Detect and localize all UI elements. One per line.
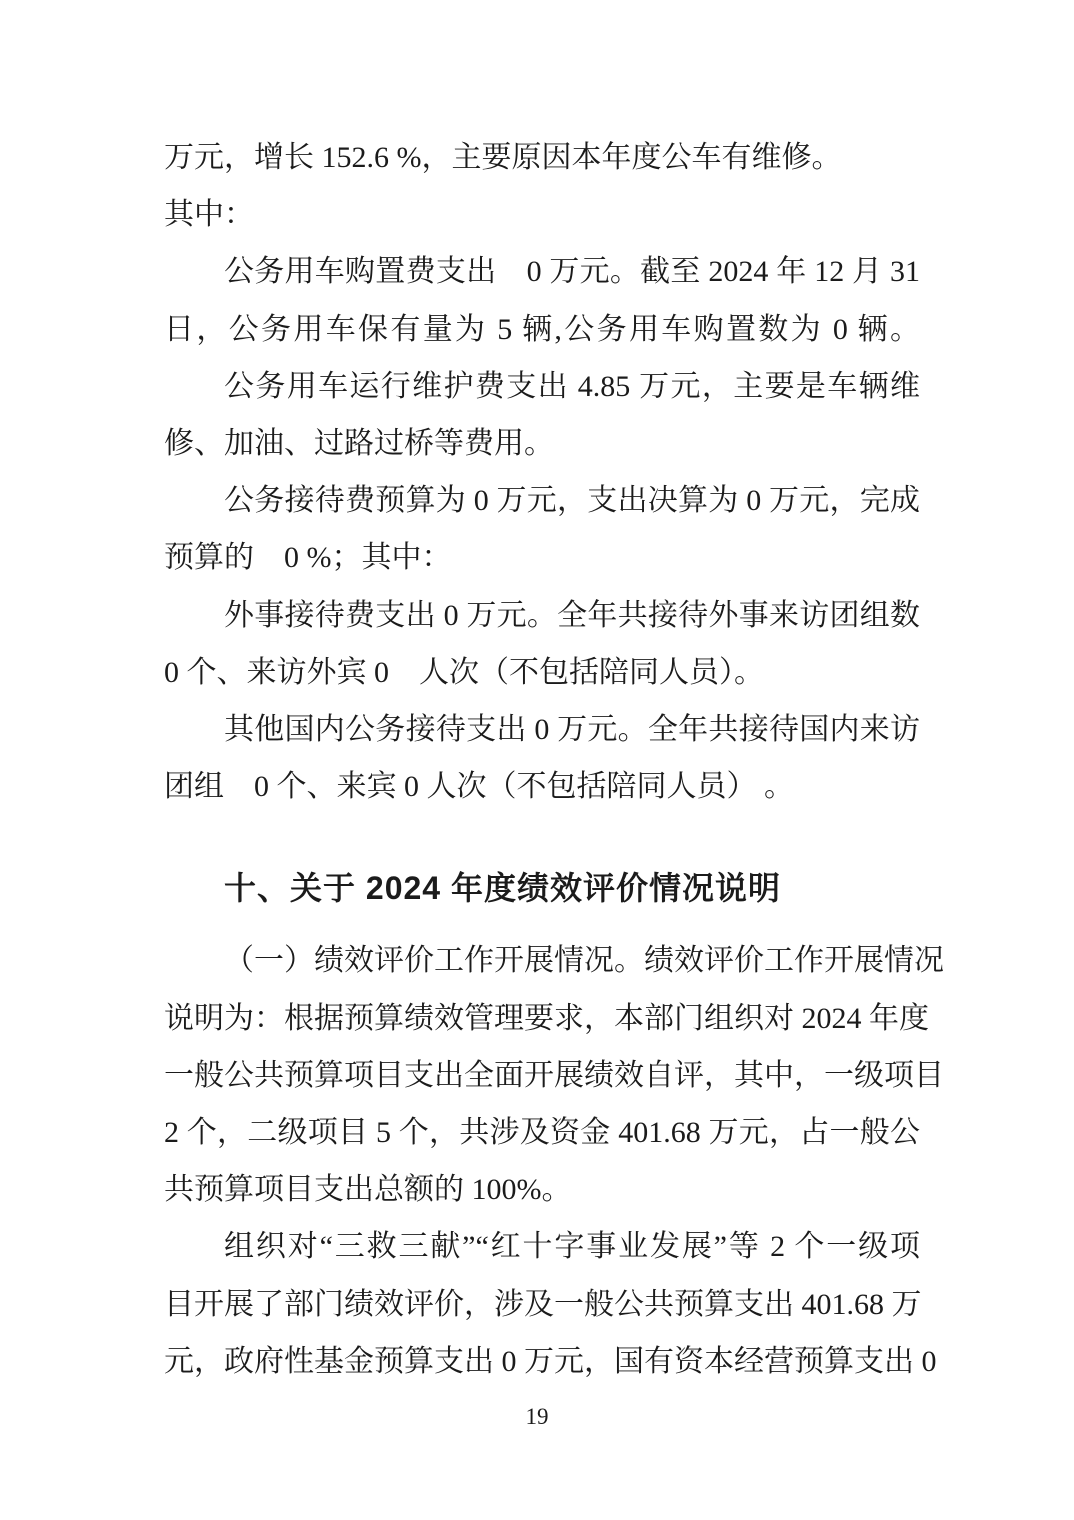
text-line: 共预算项目支出总额的 100%。 [164, 1161, 920, 1218]
document-body: 万元，增长 152.6 %，主要原因本年度公车有维修。其中：公务用车购置费支出 … [164, 129, 920, 1390]
text-line: （一）绩效评价工作开展情况。绩效评价工作开展情况 [164, 932, 920, 989]
text-line: 0 个、来访外宾 0 人次（不包括陪同人员）。 [164, 644, 920, 701]
text-line: 组织对“三救三献”“红十字事业发展”等 2 个一级项 [164, 1218, 920, 1275]
text-line: 外事接待费支出 0 万元。全年共接待外事来访团组数 [164, 587, 920, 644]
text-line: 修、加油、过路过桥等费用。 [164, 415, 920, 472]
text-line: 元，政府性基金预算支出 0 万元，国有资本经营预算支出 0 [164, 1333, 920, 1390]
text-line: 一般公共预算项目支出全面开展绩效自评，其中，一级项目 [164, 1047, 920, 1104]
text-line: 2 个，二级项目 5 个，共涉及资金 401.68 万元，占一般公 [164, 1104, 920, 1161]
text-line: 其他国内公务接待支出 0 万元。全年共接待国内来访 [164, 701, 920, 758]
text-line: 公务用车运行维护费支出 4.85 万元，主要是车辆维 [164, 358, 920, 415]
text-line: 预算的 0 %；其中： [164, 529, 920, 586]
text-line: 公务接待费预算为 0 万元，支出决算为 0 万元，完成 [164, 472, 920, 529]
text-line: 公务用车购置费支出 0 万元。截至 2024 年 12 月 31 [164, 243, 920, 300]
text-line: 万元，增长 152.6 %，主要原因本年度公车有维修。 [164, 129, 920, 186]
text-line: 日，公务用车保有量为 5 辆,公务用车购置数为 0 辆。 [164, 301, 920, 358]
document-page: 万元，增长 152.6 %，主要原因本年度公车有维修。其中：公务用车购置费支出 … [0, 0, 1074, 1520]
text-line: 其中： [164, 186, 920, 243]
text-line: 团组 0 个、来宾 0 人次（不包括陪同人员） 。 [164, 758, 920, 815]
text-line: 目开展了部门绩效评价，涉及一般公共预算支出 401.68 万 [164, 1276, 920, 1333]
text-line: 说明为：根据预算绩效管理要求，本部门组织对 2024 年度 [164, 990, 920, 1047]
section-heading: 十、关于 2024 年度绩效评价情况说明 [164, 860, 920, 917]
paragraphs-performance-evaluation: （一）绩效评价工作开展情况。绩效评价工作开展情况说明为：根据预算绩效管理要求，本… [164, 932, 920, 1390]
paragraphs-official-vehicle-and-reception: 万元，增长 152.6 %，主要原因本年度公车有维修。其中：公务用车购置费支出 … [164, 129, 920, 815]
page-number: 19 [0, 1402, 1074, 1432]
